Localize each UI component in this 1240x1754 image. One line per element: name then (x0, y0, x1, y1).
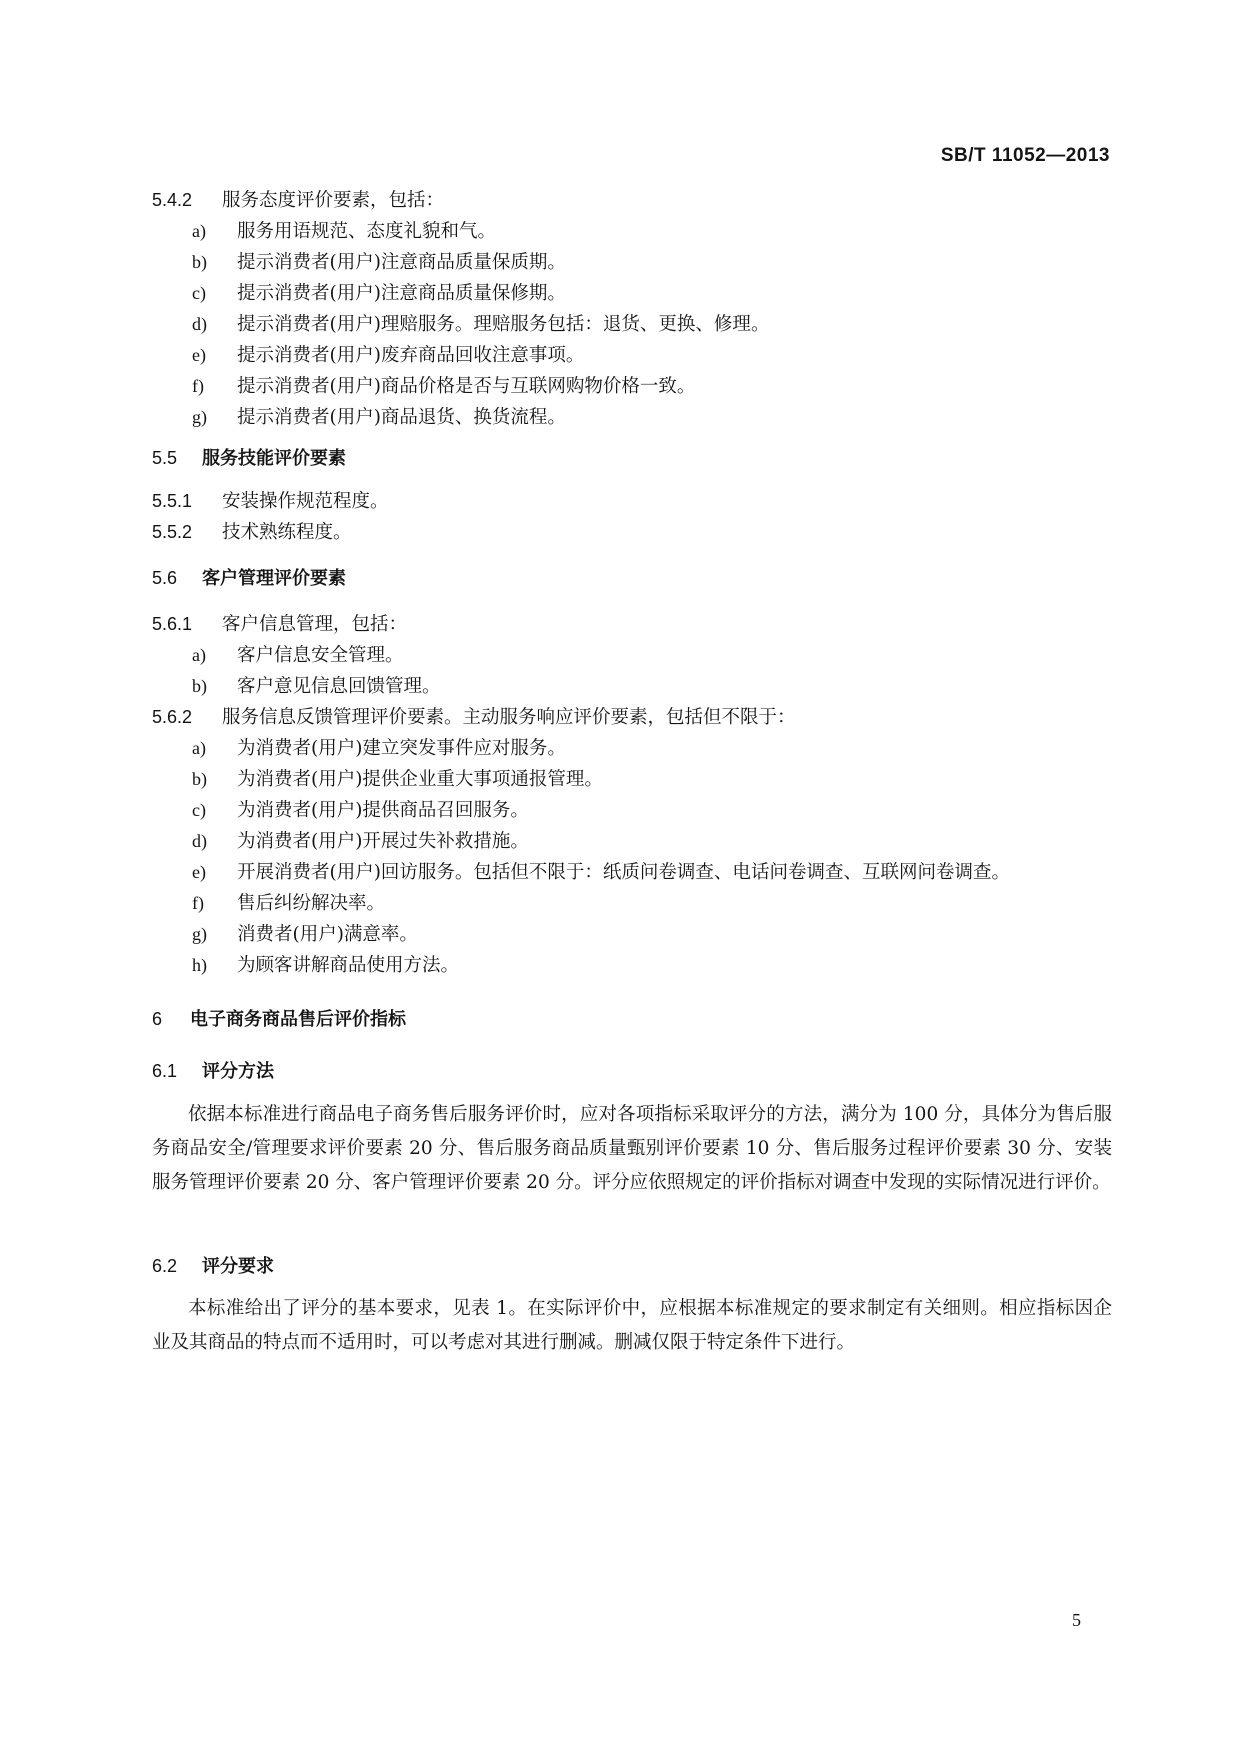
list-item: b)客户意见信息回馈管理。 (192, 674, 441, 699)
section-heading-6-2: 6.2评分要求 (152, 1254, 274, 1279)
item-label: b) (192, 674, 237, 698)
list-item: h)为顾客讲解商品使用方法。 (192, 953, 459, 978)
page-number: 5 (1072, 1610, 1081, 1631)
list-item: f)售后纠纷解决率。 (192, 891, 385, 916)
item-text: 开展消费者(用户)回访服务。包括但不限于：纸质问卷调查、电话问卷调查、互联网问卷… (237, 862, 1010, 883)
list-item: e)提示消费者(用户)废弃商品回收注意事项。 (192, 343, 584, 368)
standard-code: SB/T 11052—2013 (941, 145, 1110, 167)
item-label: d) (192, 829, 237, 853)
section-heading-5-6: 5.6客户管理评价要素 (152, 566, 346, 591)
item-text: 提示消费者(用户)废弃商品回收注意事项。 (237, 345, 584, 366)
list-item: f)提示消费者(用户)商品价格是否与互联网购物价格一致。 (192, 374, 695, 399)
clause-5-5-1: 5.5.1安装操作规范程度。 (152, 489, 389, 514)
section-number: 6.1 (152, 1059, 202, 1083)
section-title: 评分要求 (202, 1256, 274, 1277)
item-text: 服务用语规范、态度礼貌和气。 (237, 221, 496, 242)
list-item: b)为消费者(用户)提供企业重大事项通报管理。 (192, 767, 603, 792)
section-number: 5.6 (152, 566, 202, 590)
clause-number: 5.4.2 (152, 188, 222, 212)
section-number: 6.2 (152, 1254, 202, 1278)
list-item: c)提示消费者(用户)注意商品质量保修期。 (192, 281, 566, 306)
section-title: 评分方法 (202, 1061, 274, 1082)
clause-number: 5.6.2 (152, 705, 222, 729)
paragraph-scoring-method: 依据本标准进行商品电子商务售后服务评价时，应对各项指标采取评分的方法，满分为 1… (152, 1098, 1112, 1200)
item-text: 售后纠纷解决率。 (237, 893, 385, 914)
item-text: 提示消费者(用户)商品退货、换货流程。 (237, 407, 566, 428)
section-heading-5-5: 5.5服务技能评价要素 (152, 446, 346, 471)
list-item: g)消费者(用户)满意率。 (192, 922, 418, 947)
clause-text: 客户信息管理，包括： (222, 614, 407, 635)
section-title: 客户管理评价要素 (202, 568, 346, 589)
item-label: h) (192, 953, 237, 977)
item-label: g) (192, 405, 237, 429)
paragraph-scoring-requirements: 本标准给出了评分的基本要求，见表 1。在实际评价中，应根据本标准规定的要求制定有… (152, 1292, 1112, 1360)
item-label: b) (192, 767, 237, 791)
clause-text: 安装操作规范程度。 (222, 491, 389, 512)
clause-5-6-1: 5.6.1客户信息管理，包括： (152, 612, 407, 637)
item-label: a) (192, 219, 237, 243)
clause-5-5-2: 5.5.2技术熟练程度。 (152, 520, 352, 545)
item-label: e) (192, 860, 237, 884)
item-label: c) (192, 281, 237, 305)
clause-number: 5.5.2 (152, 520, 222, 544)
item-label: b) (192, 250, 237, 274)
item-label: f) (192, 374, 237, 398)
item-label: g) (192, 922, 237, 946)
section-heading-6-1: 6.1评分方法 (152, 1059, 274, 1084)
item-text: 消费者(用户)满意率。 (237, 924, 418, 945)
item-text: 为消费者(用户)开展过失补救措施。 (237, 831, 529, 852)
list-item: a)为消费者(用户)建立突发事件应对服务。 (192, 736, 566, 761)
item-text: 提示消费者(用户)理赔服务。理赔服务包括：退货、更换、修理。 (237, 314, 769, 335)
item-text: 为消费者(用户)提供商品召回服务。 (237, 800, 529, 821)
clause-text: 技术熟练程度。 (222, 522, 352, 543)
item-text: 客户意见信息回馈管理。 (237, 676, 441, 697)
clause-text: 服务态度评价要素，包括： (222, 190, 444, 211)
item-label: c) (192, 798, 237, 822)
clause-number: 5.6.1 (152, 612, 222, 636)
list-item: a)服务用语规范、态度礼貌和气。 (192, 219, 496, 244)
list-item: a)客户信息安全管理。 (192, 643, 404, 668)
document-page: SB/T 11052—2013 5.4.2服务态度评价要素，包括： a)服务用语… (0, 0, 1240, 1754)
clause-5-4-2: 5.4.2服务态度评价要素，包括： (152, 188, 444, 213)
section-title: 服务技能评价要素 (202, 448, 346, 469)
item-text: 提示消费者(用户)注意商品质量保质期。 (237, 252, 566, 273)
item-text: 为顾客讲解商品使用方法。 (237, 955, 459, 976)
section-title: 电子商务商品售后评价指标 (190, 1009, 406, 1030)
clause-text: 服务信息反馈管理评价要素。主动服务响应评价要素，包括但不限于： (222, 707, 796, 728)
item-label: d) (192, 312, 237, 336)
item-label: a) (192, 736, 237, 760)
item-label: e) (192, 343, 237, 367)
clause-number: 5.5.1 (152, 489, 222, 513)
item-text: 为消费者(用户)建立突发事件应对服务。 (237, 738, 566, 759)
list-item: b)提示消费者(用户)注意商品质量保质期。 (192, 250, 566, 275)
item-label: a) (192, 643, 237, 667)
section-number: 5.5 (152, 446, 202, 470)
item-text: 提示消费者(用户)商品价格是否与互联网购物价格一致。 (237, 376, 695, 397)
list-item: c)为消费者(用户)提供商品召回服务。 (192, 798, 529, 823)
item-text: 提示消费者(用户)注意商品质量保修期。 (237, 283, 566, 304)
item-label: f) (192, 891, 237, 915)
list-item: d)提示消费者(用户)理赔服务。理赔服务包括：退货、更换、修理。 (192, 312, 769, 337)
list-item: g)提示消费者(用户)商品退货、换货流程。 (192, 405, 566, 430)
list-item: e)开展消费者(用户)回访服务。包括但不限于：纸质问卷调查、电话问卷调查、互联网… (192, 860, 1010, 885)
list-item: d)为消费者(用户)开展过失补救措施。 (192, 829, 529, 854)
item-text: 为消费者(用户)提供企业重大事项通报管理。 (237, 769, 603, 790)
section-heading-6: 6电子商务商品售后评价指标 (152, 1007, 406, 1032)
clause-5-6-2: 5.6.2服务信息反馈管理评价要素。主动服务响应评价要素，包括但不限于： (152, 705, 796, 730)
item-text: 客户信息安全管理。 (237, 645, 404, 666)
section-number: 6 (152, 1007, 190, 1031)
